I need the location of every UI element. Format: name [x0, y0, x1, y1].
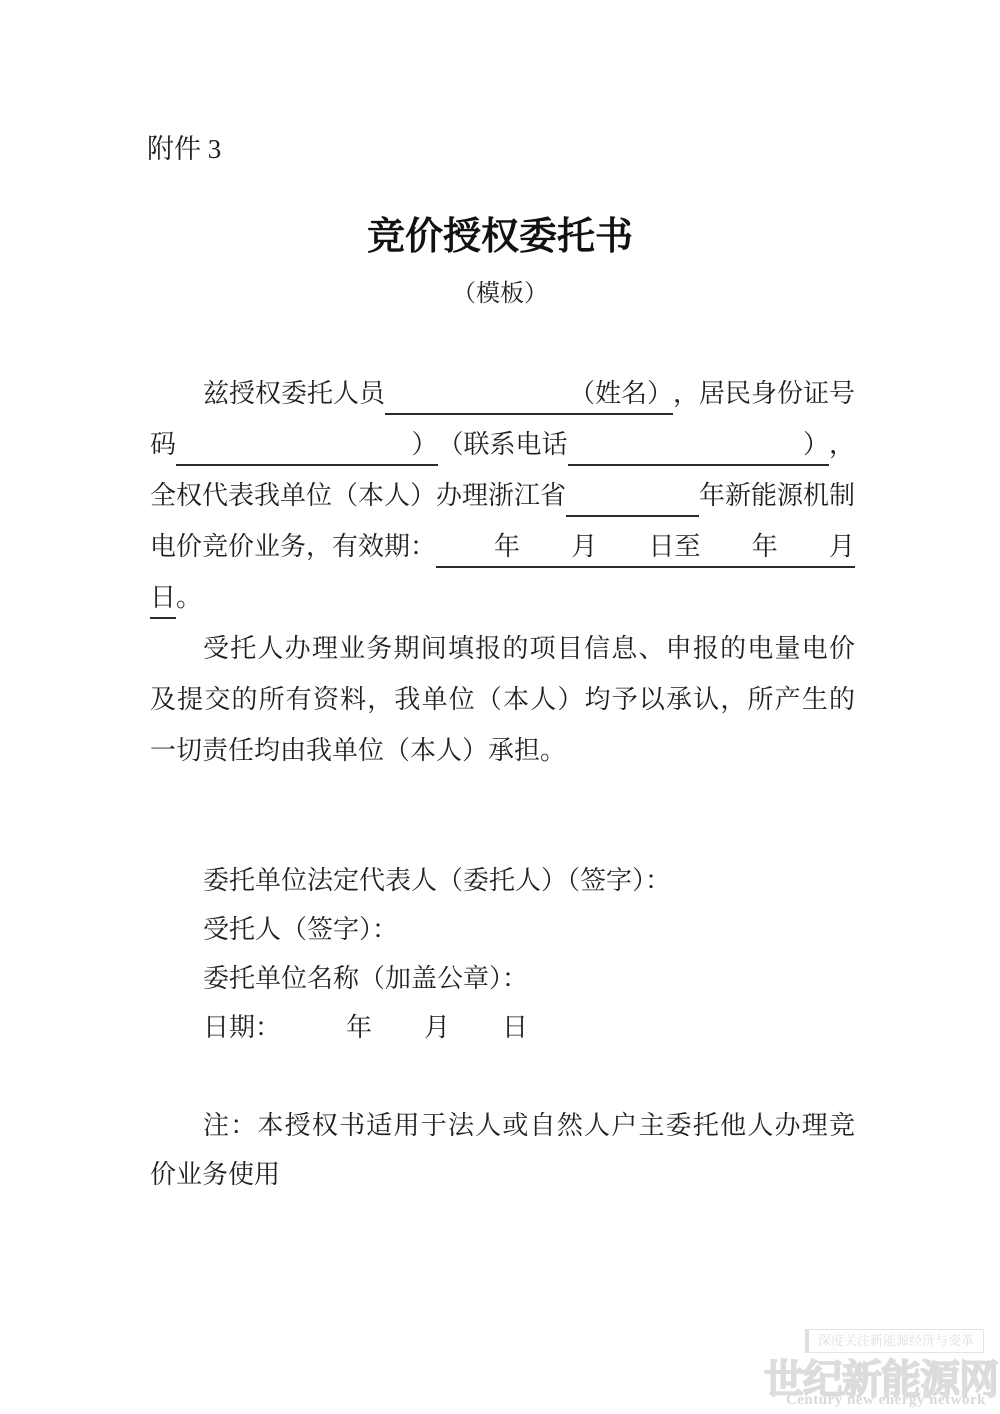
date-token-day-to: 日至 — [648, 521, 700, 566]
date-token-year2: 年 — [752, 521, 778, 566]
document-subtitle: （模板） — [0, 278, 1000, 310]
watermark-brand-english: Century new energy network — [786, 1392, 986, 1409]
note-block: 注：本授权书适用于法人或自然人户主委托他人办理竞 价业务使用 — [150, 1101, 855, 1199]
period-text: 。 — [176, 572, 202, 623]
p1-line5: 日 。 — [150, 572, 855, 623]
p1-line3: 全权代表我单位（本人）办理浙江省 年新能源机制 — [150, 470, 855, 521]
p1-line4: 电价竞价业务，有效期： 年 月 日至 年 月 — [150, 521, 855, 572]
date-token-year1: 年 — [494, 521, 520, 566]
phone-close-paren: ） — [803, 419, 829, 466]
note-line1: 注：本授权书适用于法人或自然人户主委托他人办理竞 — [150, 1101, 855, 1150]
day-token: 日 — [150, 572, 176, 619]
id-number-blank-field — [176, 419, 411, 466]
p1-line2: 码 ） （联系电话 ） ， — [150, 419, 855, 470]
signature-block: 委托单位法定代表人（委托人）（签字）： 受托人（签字）： 委托单位名称（加盖公章… — [150, 856, 855, 1052]
document-body: 兹授权委托人员 （姓名） ，居民身份证号 码 ） （联系电话 ） ， 全权代表我… — [150, 368, 855, 1199]
year-blank-field — [566, 470, 699, 517]
trustee-signature-line: 受托人（签字）： — [150, 905, 855, 954]
paragraph-indent — [150, 368, 203, 419]
phone-label: （联系电话 — [438, 419, 568, 470]
comma-text: ， — [829, 419, 855, 470]
date-line: 日期： 年 月 日 — [150, 1003, 855, 1052]
document-title: 竞价授权委托书 — [0, 213, 1000, 261]
paragraph-authorization: 兹授权委托人员 （姓名） ，居民身份证号 码 ） （联系电话 ） ， 全权代表我… — [150, 368, 855, 623]
attachment-label: 附件 3 — [147, 132, 221, 166]
note-line2: 价业务使用 — [150, 1150, 855, 1199]
id-close-paren: ） — [411, 419, 437, 466]
validity-label: 电价竞价业务，有效期： — [150, 521, 436, 572]
id-number-lead-text: ，居民身份证号 — [673, 368, 855, 419]
legal-representative-signature-line: 委托单位法定代表人（委托人）（签字）： — [150, 856, 855, 905]
p2-line3: 一切责任均由我单位（本人）承担。 — [150, 725, 855, 776]
p2-line2: 及提交的所有资料，我单位（本人）均予以承认，所产生的 — [150, 674, 855, 725]
company-seal-line: 委托单位名称（加盖公章）： — [150, 954, 855, 1003]
validity-period-blank-field: 年 月 日至 年 月 — [436, 521, 855, 568]
name-hint-label: （姓名） — [569, 368, 673, 415]
name-blank-field — [385, 368, 569, 415]
phone-blank-field — [568, 419, 803, 466]
site-watermark: 深度关注新能源经济与变革 世纪新能源网 Century new energy n… — [758, 1322, 1000, 1414]
date-token-month1: 月 — [571, 521, 597, 566]
date-token-month2: 月 — [829, 521, 855, 566]
new-energy-text: 年新能源机制 — [699, 470, 855, 521]
paragraph-liability: 受托人办理业务期间填报的项目信息、申报的电量电价 及提交的所有资料，我单位（本人… — [150, 623, 855, 776]
p1-line1: 兹授权委托人员 （姓名） ，居民身份证号 — [150, 368, 855, 419]
p2-line1: 受托人办理业务期间填报的项目信息、申报的电量电价 — [150, 623, 855, 674]
id-number-suffix-text: 码 — [150, 419, 176, 470]
represent-text: 全权代表我单位（本人）办理浙江省 — [150, 470, 566, 521]
authorize-lead-text: 兹授权委托人员 — [203, 368, 385, 419]
